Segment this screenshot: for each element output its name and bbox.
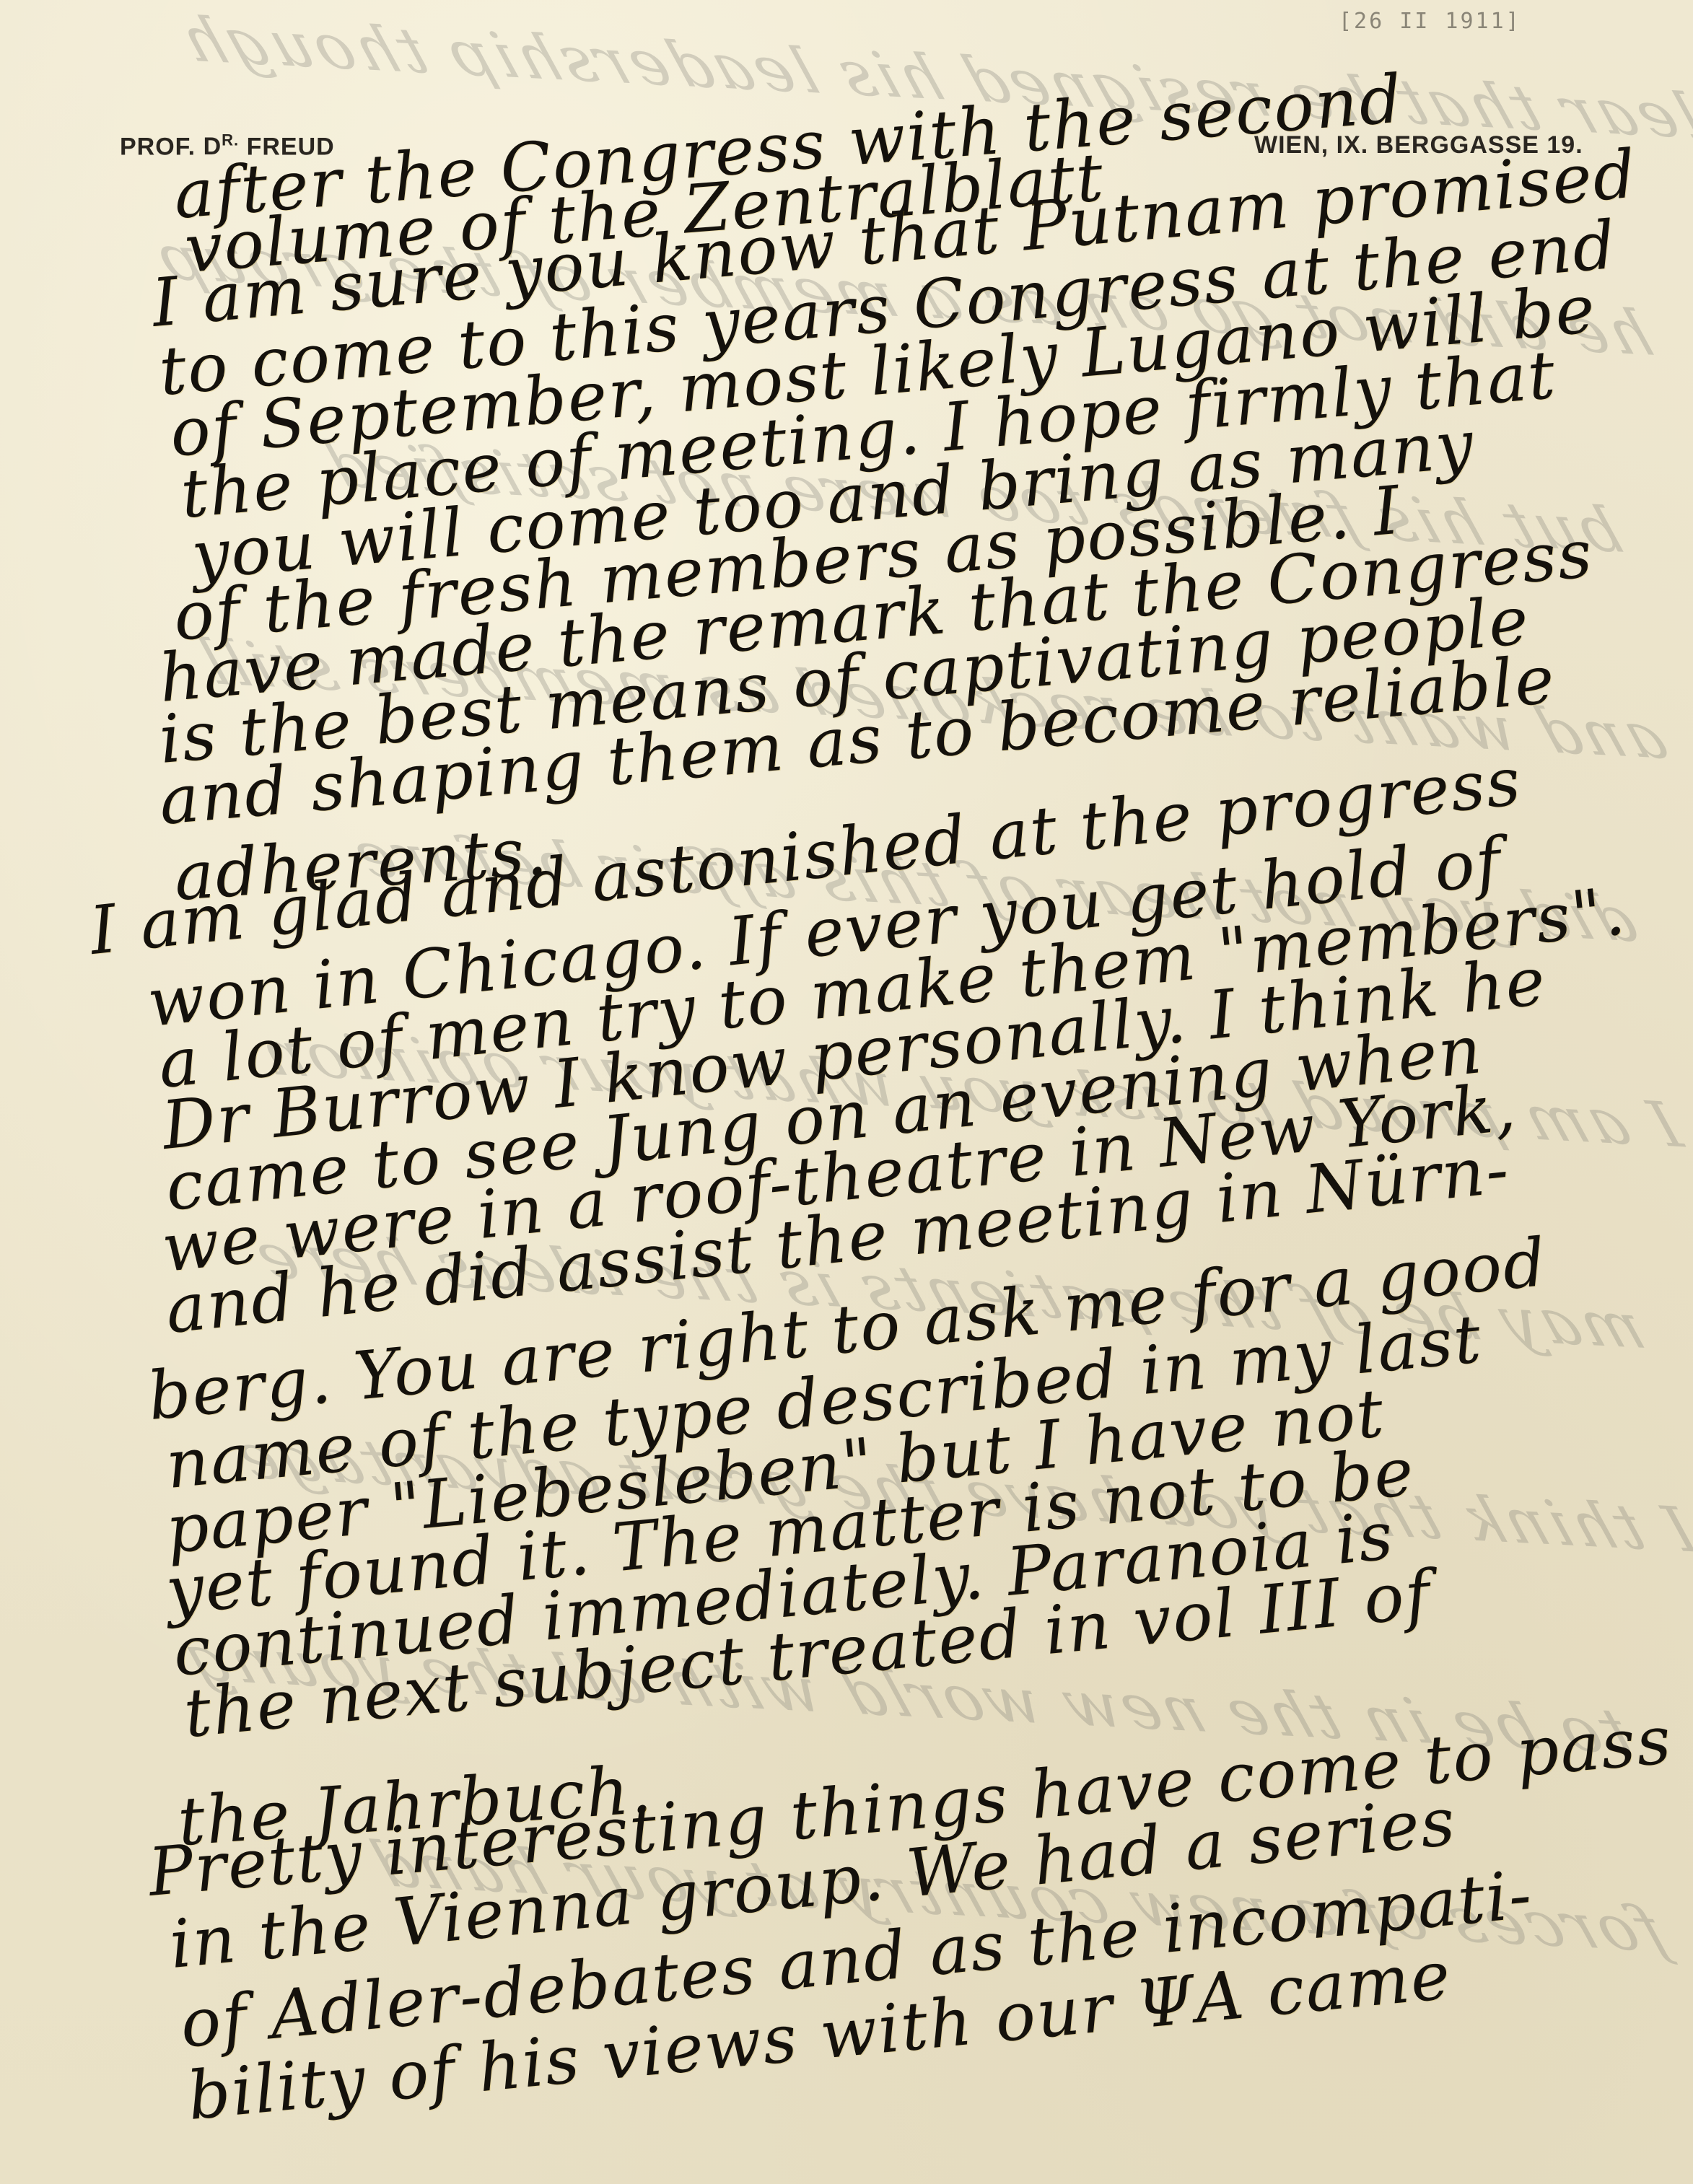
archive-date-annotation: [26 II 1911] [1339, 9, 1521, 34]
letter-page: clear that he resigned his leadership th… [0, 0, 1693, 2184]
